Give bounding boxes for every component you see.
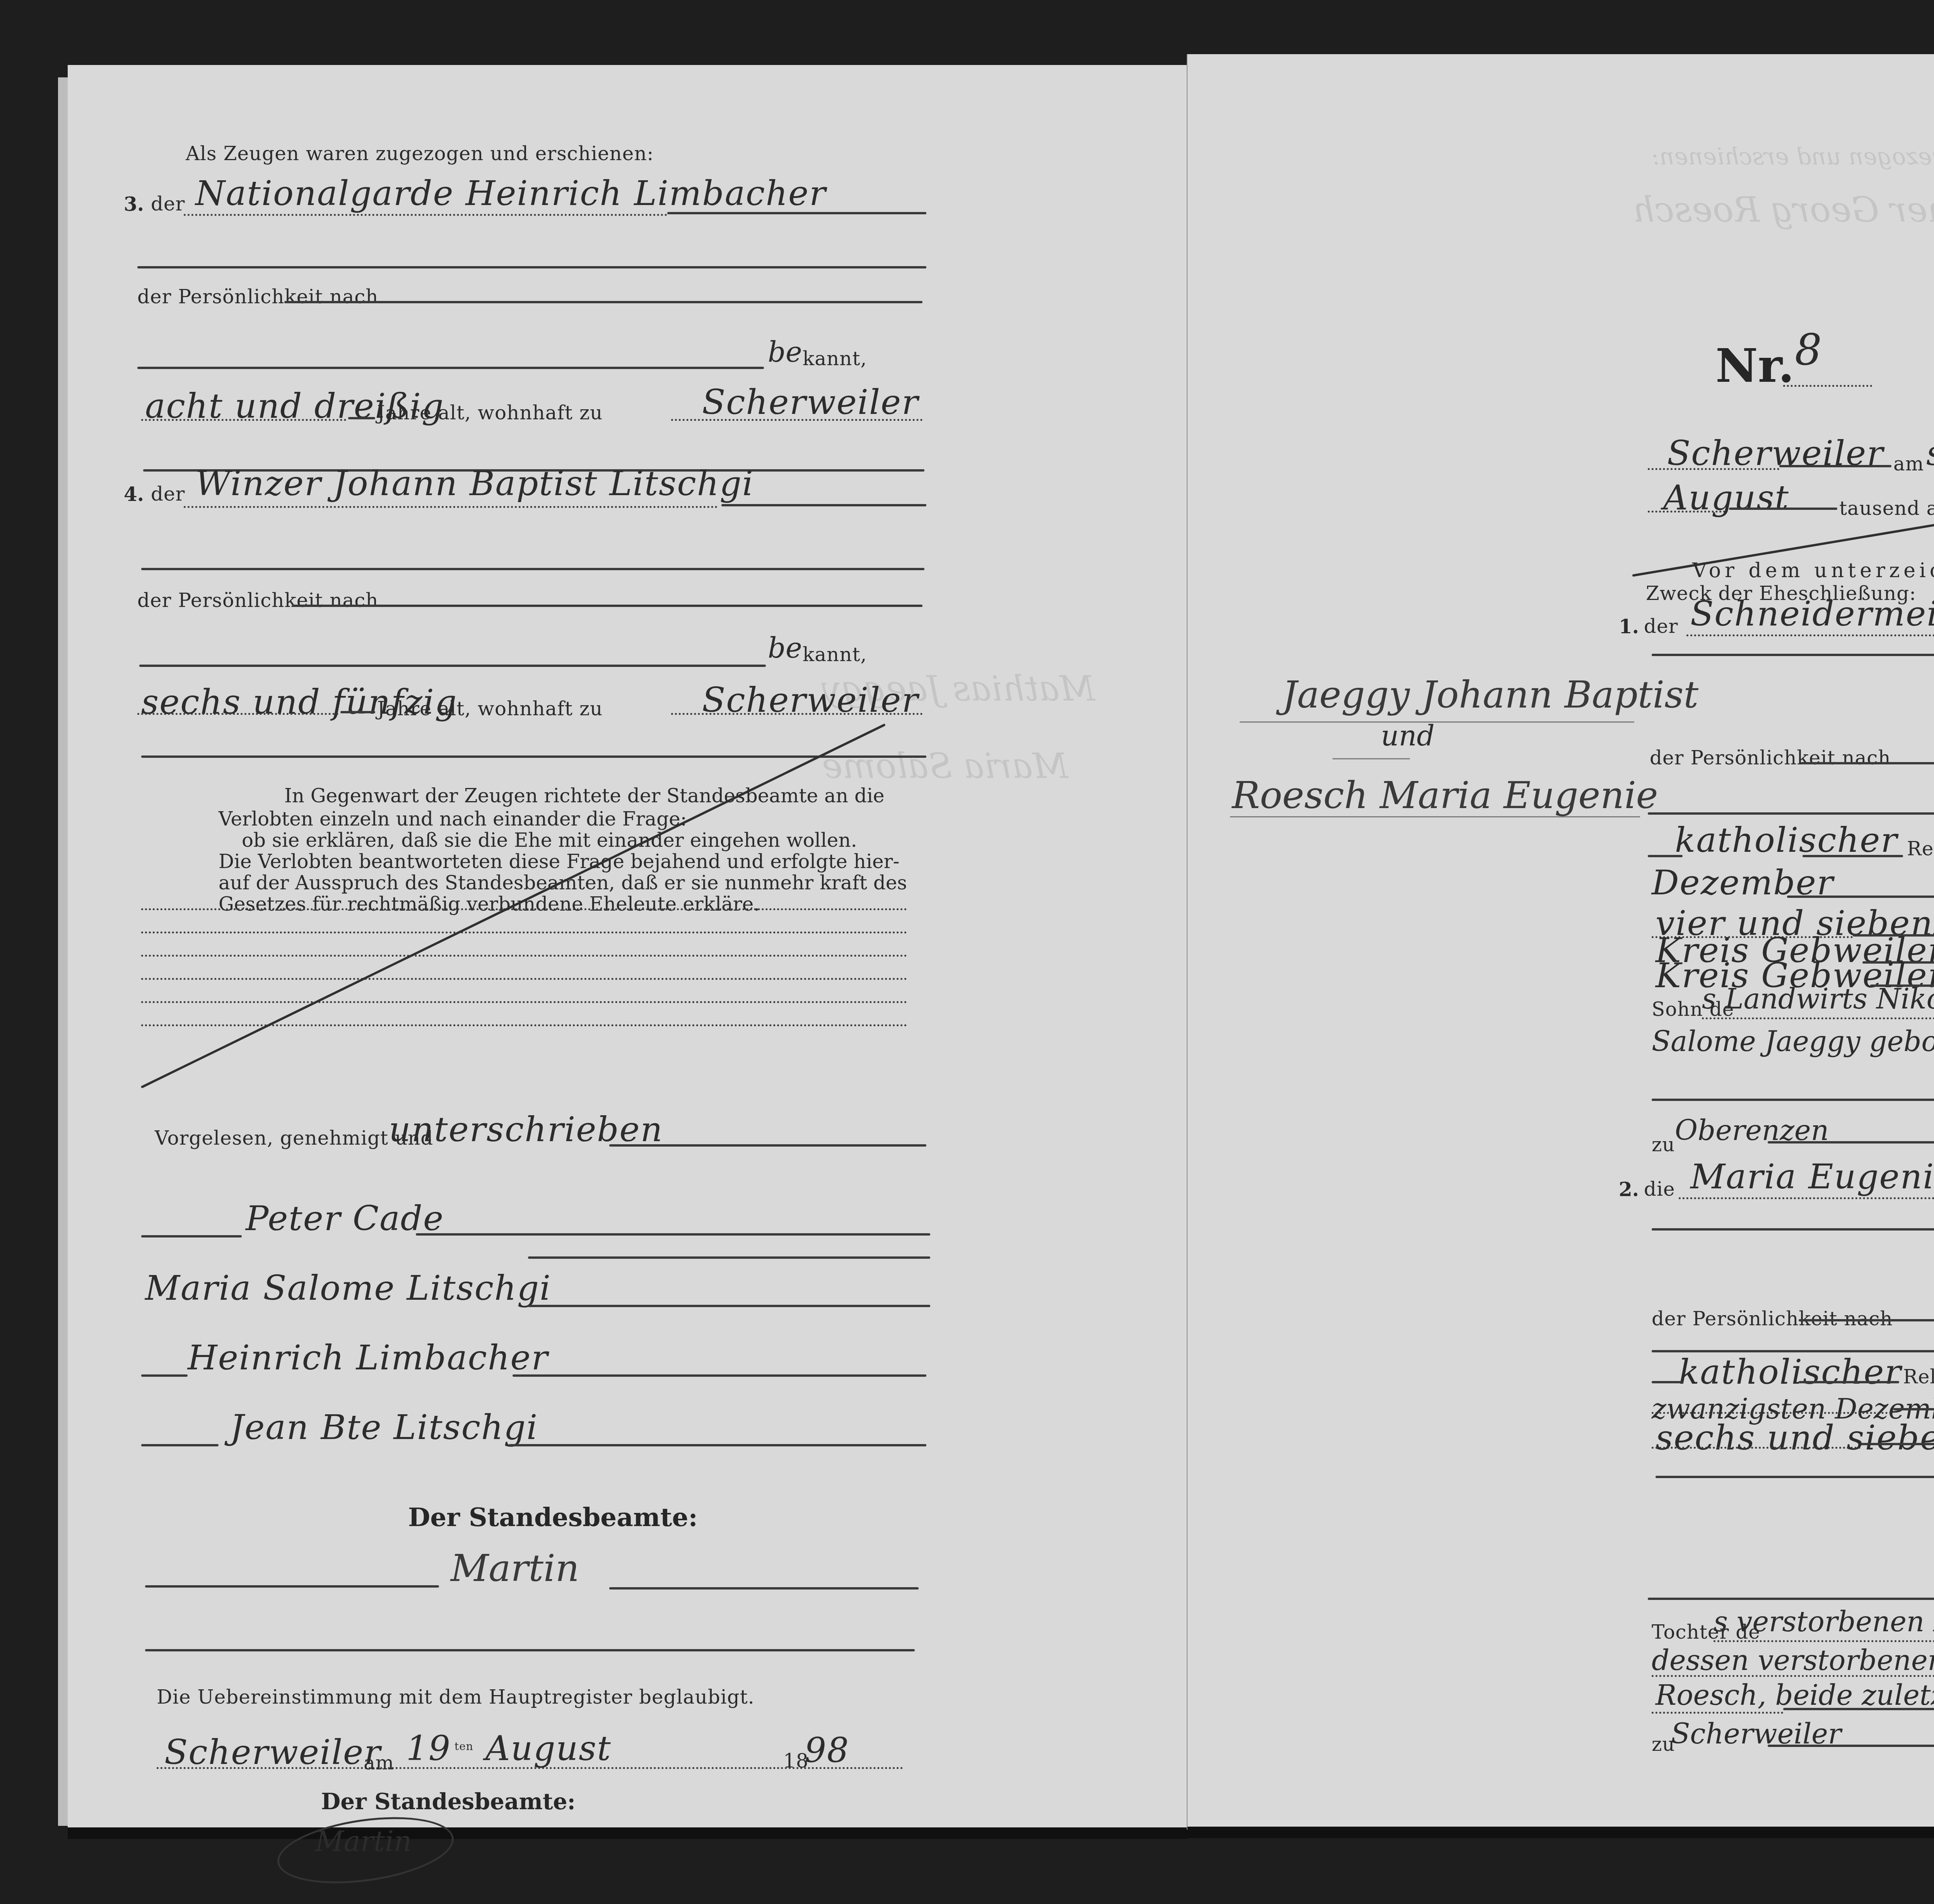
fill-line: [292, 605, 923, 607]
fill-line: [1799, 1319, 1934, 1321]
groom-prefix: der: [1644, 615, 1678, 638]
read-hand: unterschrieben: [389, 1109, 663, 1149]
known-label: kannt,: [803, 347, 867, 370]
identity-label: der Persönlichkeit nach: [137, 589, 379, 612]
fill-line: [1656, 1476, 1934, 1478]
witness-4-name: Winzer Johann Baptist Litschgi: [195, 463, 754, 503]
fill-line: [1652, 1412, 1891, 1414]
fill-line: [1652, 1675, 1934, 1677]
bleed-through-text: Maria Salome: [822, 746, 1068, 786]
margin-rule: [1240, 721, 1634, 723]
witness-3-residence: Scherweiler: [702, 382, 919, 422]
fill-line: [609, 1587, 919, 1590]
fill-line: [671, 419, 923, 421]
signature: Peter Cade: [246, 1198, 444, 1238]
certification-day: 19: [406, 1728, 451, 1768]
fill-line: [141, 1235, 242, 1237]
identity-label: der Persönlichkeit nach: [1652, 1308, 1893, 1330]
groom-parents-line1: s Landwirts Nikolaus Jaeggy und dessen E…: [1702, 983, 1934, 1015]
ceremony-line: ob sie erklären, daß sie die Ehe mit ein…: [219, 829, 926, 851]
fill-line: [1861, 1443, 1934, 1445]
fill-line: [145, 1585, 439, 1588]
fill-line: [1783, 385, 1872, 387]
fill-line: [139, 665, 766, 667]
fill-line: [1652, 1447, 1861, 1449]
margin-and: und: [1381, 720, 1435, 752]
blank-line: [141, 1024, 907, 1026]
fill-line: [141, 755, 926, 758]
fill-line: [667, 212, 926, 214]
parents-residence-prefix: zu: [1652, 1133, 1675, 1156]
fill-line: [671, 713, 923, 715]
identity-label: der Persönlichkeit nach: [137, 285, 379, 308]
witness-prefix: der: [151, 483, 185, 505]
age-label: Jahre alt, wohnhaft zu: [377, 402, 603, 424]
signature: Heinrich Limbacher: [188, 1338, 548, 1378]
witness-3-name: Nationalgarde Heinrich Limbacher: [195, 173, 826, 213]
bride-religion: katholischer: [1679, 1352, 1902, 1392]
registrar-label-2: Der Standesbeamte:: [321, 1788, 576, 1815]
year-label: tausend acht hundert: [1839, 497, 1934, 520]
certification-day-suffix: ten: [454, 1740, 473, 1753]
fill-line: [1787, 896, 1934, 898]
groom-parents-line2: Salome Jaeggy geborene Vincens, beide: [1652, 1025, 1934, 1058]
fill-line: [1648, 855, 1683, 857]
ceremony-line: In Gegenwart der Zeugen richtete der Sta…: [219, 785, 926, 807]
fill-line: [1652, 1712, 1783, 1714]
ceremony-line: Die Verlobten beantworteten diese Frage …: [219, 850, 926, 873]
fill-line: [348, 417, 375, 419]
fill-line: [145, 1649, 915, 1651]
entry-number: 8: [1795, 325, 1823, 374]
fill-line: [284, 301, 923, 303]
fill-line: [528, 1305, 930, 1307]
marriage-day: sechs und zwanzigsten: [1926, 433, 1934, 473]
intro-text: Vor dem unterzeichneten Standesbeamten e…: [1692, 559, 1934, 582]
fill-line: [137, 266, 926, 268]
signature: Maria Salome Litschgi: [145, 1268, 551, 1308]
fill-line: [1714, 1640, 1934, 1642]
fill-line: [137, 713, 338, 715]
bride-parents-line1: s verstorbenen Landwirts Andreas Roesch …: [1714, 1605, 1934, 1638]
ceremony-line: Verlobten einzeln und nach einander die …: [219, 808, 926, 830]
witness-number: 4.: [124, 483, 144, 506]
fill-line: [1652, 1228, 1934, 1231]
fill-line: [1802, 855, 1903, 857]
known-suffix: be: [768, 632, 802, 664]
fill-line: [141, 568, 924, 570]
left-page: Mathias Jaeggy Maria Salome Als Zeugen w…: [68, 65, 1187, 1827]
fill-line: [141, 1374, 188, 1377]
witness-number: 3.: [124, 193, 144, 215]
certification-am: am: [364, 1752, 394, 1774]
signature: Jean Bte Litschgi: [230, 1407, 538, 1447]
registrar-label: Der Standesbeamte:: [408, 1502, 698, 1532]
known-label: kannt,: [803, 643, 867, 666]
fill-line: [340, 711, 375, 713]
fill-line: [1648, 812, 1934, 815]
bleed-through-text: Schreiner Georg Roesch: [1632, 190, 1934, 230]
groom-number: 1.: [1619, 615, 1639, 638]
ceremony-line: Gesetzes für rechtmäßig verbundene Ehele…: [219, 893, 926, 915]
fill-line: [1783, 1708, 1934, 1710]
fill-line: [184, 506, 718, 508]
blank-line: [141, 931, 907, 933]
bride-parents-line3: Roesch, beide zuletzt: [1656, 1679, 1934, 1711]
fill-line: [1702, 1017, 1934, 1019]
fill-line: [1801, 762, 1934, 764]
witness-prefix: der: [151, 193, 185, 215]
blank-line: [141, 978, 907, 980]
certification-place: Scherweiler: [164, 1732, 381, 1772]
fill-line: [1648, 1598, 1934, 1600]
bride-number: 2.: [1619, 1178, 1639, 1201]
fill-line: [1679, 1197, 1934, 1199]
registrar-signature: Martin: [451, 1547, 579, 1590]
certification-text: Die Uebereinstimmung mit dem Hauptregist…: [157, 1686, 755, 1708]
fill-line: [1648, 468, 1779, 470]
fill-line: [1799, 1381, 1899, 1383]
blank-line: [141, 955, 907, 957]
groom-religion: katholischer: [1675, 820, 1898, 860]
age-label: Jahre alt, wohnhaft zu: [377, 697, 603, 720]
am-label: am: [1893, 453, 1924, 475]
fill-line: [509, 1444, 926, 1446]
registrar-signature-2: Martin: [315, 1825, 412, 1858]
fill-line: [1652, 1381, 1683, 1383]
fill-line: [1768, 1141, 1934, 1143]
right-page: B. Als Zeugen waren zugezogen und erschi…: [1187, 54, 1934, 1827]
margin-rule: [1333, 758, 1410, 759]
fill-line: [184, 214, 667, 216]
identity-label: der Persönlichkeit nach: [1650, 747, 1891, 769]
fill-line: [141, 419, 346, 421]
margin-rule: [1230, 816, 1640, 817]
bride-name: Maria Eugenie Roesch: [1690, 1157, 1934, 1196]
fill-line: [1652, 654, 1934, 656]
fill-line: [137, 367, 764, 369]
bride-prefix: die: [1644, 1178, 1675, 1200]
certification-year: 98: [805, 1730, 849, 1770]
bleed-through-text: Als Zeugen waren zugezogen und erschiene…: [1652, 143, 1934, 170]
bride-parents-line2: dessen verstorbenen Ehefrau Maria Karoli…: [1652, 1644, 1934, 1677]
fill-line: [721, 504, 926, 506]
certification-month: August: [485, 1728, 612, 1768]
known-suffix: be: [768, 336, 802, 368]
fill-line: [1779, 465, 1891, 467]
fill-line: [609, 1144, 926, 1147]
fill-line: [1729, 508, 1837, 510]
fill-line: [528, 1256, 930, 1259]
groom-name: Schneidermeister Johann Baptist Jaeggy: [1690, 594, 1934, 634]
blank-line: [141, 1001, 907, 1003]
entry-number-label: Nr.: [1715, 338, 1794, 393]
fill-line: [416, 1233, 930, 1236]
religion-label: Religion, geboren den: [1907, 837, 1934, 860]
ceremony-line: auf der Ausspruch des Standesbeamten, da…: [219, 872, 926, 894]
fill-line: [1652, 1099, 1934, 1101]
fill-line: [1768, 1745, 1934, 1747]
religion-label: Religion, geboren den: [1903, 1366, 1934, 1388]
fill-line: [513, 1374, 926, 1377]
margin-bride-name: Roesch Maria Eugenie: [1232, 774, 1658, 817]
bride-birth-year: sechs und siebenzig: [1656, 1418, 1934, 1458]
witnesses-heading: Als Zeugen waren zugezogen und erschiene…: [186, 142, 654, 165]
blank-line: [141, 908, 907, 910]
fill-line: [1893, 1408, 1934, 1410]
fill-line: [1648, 511, 1725, 513]
fill-line: [1686, 634, 1934, 636]
margin-groom-name: Jaeggy Johann Baptist: [1282, 673, 1698, 716]
fill-line: [141, 1444, 219, 1446]
